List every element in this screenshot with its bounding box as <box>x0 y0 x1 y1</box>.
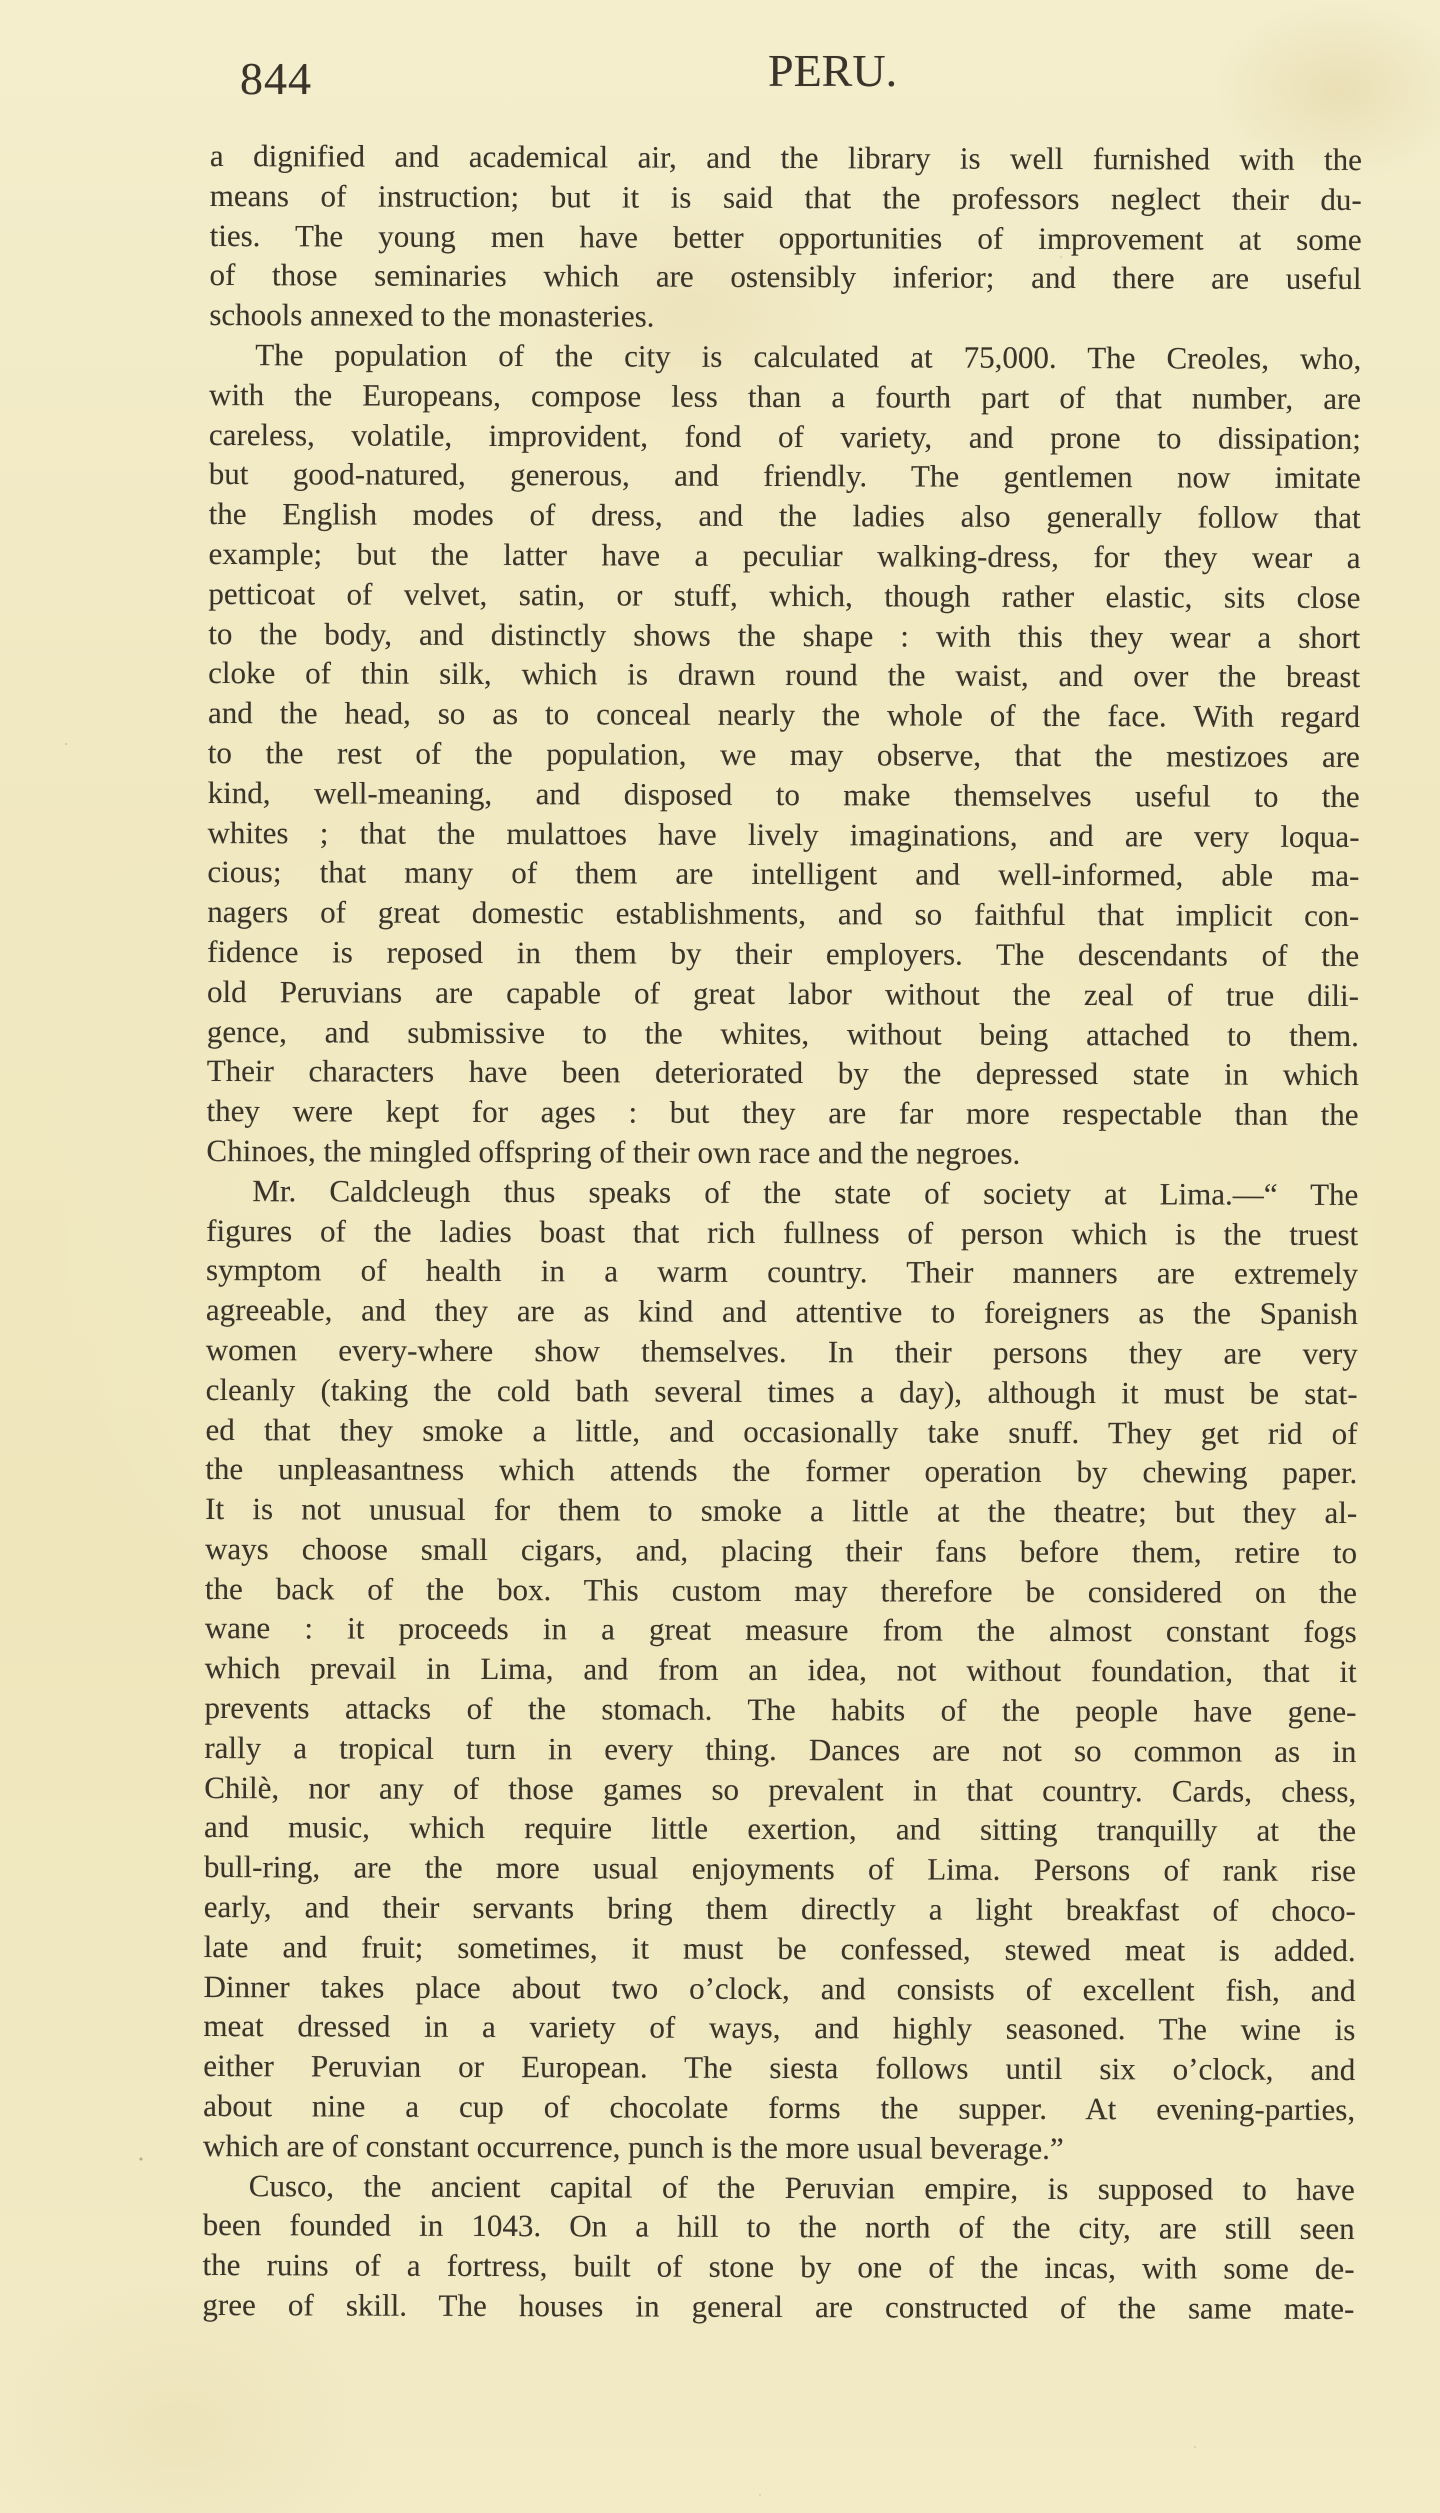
text-line: cleanly (taking the cold bath several ti… <box>206 1370 1358 1414</box>
text-line: symptom of health in a warm country. The… <box>206 1250 1358 1294</box>
text-line: the ruins of a fortress, built of stone … <box>202 2245 1354 2289</box>
text-line: gree of skill. The houses in general are… <box>202 2285 1354 2329</box>
text-line: ties. The young men have better opportun… <box>210 216 1362 260</box>
text-line: fidence is reposed in them by their empl… <box>207 932 1359 976</box>
text-line: rally a tropical turn in every thing. Da… <box>204 1728 1356 1772</box>
text-line: prevents attacks of the stomach. The hab… <box>204 1688 1356 1732</box>
text-line: The population of the city is calculated… <box>209 335 1361 379</box>
text-line: Their characters have been deteriorated … <box>207 1051 1359 1095</box>
text-line: figures of the ladies boast that rich fu… <box>206 1211 1358 1255</box>
text-line: of those seminaries which are ostensibly… <box>209 255 1361 299</box>
text-line: means of instruction; but it is said tha… <box>210 176 1362 220</box>
text-line: been founded in 1043. On a hill to the n… <box>203 2205 1355 2249</box>
text-line: with the Europeans, compose less than a … <box>209 375 1361 419</box>
text-line: nagers of great domestic establishments,… <box>207 892 1359 936</box>
text-line: to the rest of the population, we may ob… <box>208 733 1360 777</box>
text-line: cloke of thin silk, which is drawn round… <box>208 653 1360 697</box>
text-line: the unpleasantness which attends the for… <box>205 1449 1357 1493</box>
text-line: the back of the box. This custom may the… <box>205 1569 1357 1613</box>
text-line: either Peruvian or European. The siesta … <box>203 2046 1355 2090</box>
text-line: about nine a cup of chocolate forms the … <box>203 2086 1355 2130</box>
text-line: Cusco, the ancient capital of the Peruvi… <box>203 2166 1355 2210</box>
text-line: petticoat of velvet, satin, or stuff, wh… <box>208 574 1360 618</box>
text-line: old Peruvians are capable of great labor… <box>207 972 1359 1016</box>
text-line: which prevail in Lima, and from an idea,… <box>205 1648 1357 1692</box>
text-line: to the body, and distinctly shows the sh… <box>208 614 1360 658</box>
text-line: early, and their servants bring them dir… <box>204 1887 1356 1931</box>
text-line: gence, and submissive to the whites, wit… <box>207 1012 1359 1056</box>
text-line: cious; that many of them are intelligent… <box>207 852 1359 896</box>
text-line: but good-natured, generous, and friendly… <box>209 454 1361 498</box>
text-line: and music, which require little exertion… <box>204 1807 1356 1851</box>
text-line: Mr. Caldcleugh thus speaks of the state … <box>206 1171 1358 1215</box>
text-line: agreeable, and they are as kind and atte… <box>206 1290 1358 1334</box>
text-line: whites ; that the mulattoes have lively … <box>207 813 1359 857</box>
text-line: kind, well-meaning, and disposed to make… <box>208 773 1360 817</box>
text-line: It is not unusual for them to smoke a li… <box>205 1489 1357 1533</box>
text-line: a dignified and academical air, and the … <box>210 136 1362 180</box>
text-line: they were kept for ages : but they are f… <box>207 1091 1359 1135</box>
text-line: late and fruit; sometimes, it must be co… <box>204 1927 1356 1971</box>
text-line: Chilè, nor any of those games so prevale… <box>204 1768 1356 1812</box>
text-line: bull-ring, are the more usual enjoyments… <box>204 1847 1356 1891</box>
text-line: careless, volatile, improvident, fond of… <box>209 415 1361 459</box>
text-line: example; but the latter have a peculiar … <box>208 534 1360 578</box>
text-line: schools annexed to the monasteries. <box>209 295 1361 339</box>
page-text-block: a dignified and academical air, and the … <box>202 136 1362 2329</box>
text-line: Chinoes, the mingled offspring of their … <box>206 1131 1358 1175</box>
page-title: PERU. <box>768 48 897 94</box>
text-line: ed that they smoke a little, and occasio… <box>205 1409 1357 1453</box>
text-line: meat dressed in a variety of ways, and h… <box>203 2006 1355 2050</box>
text-line: the English modes of dress, and the ladi… <box>209 494 1361 538</box>
text-line: which are of constant occurrence, punch … <box>203 2126 1355 2170</box>
text-line: wane : it proceeds in a great measure fr… <box>205 1608 1357 1652</box>
text-line: women every-where show themselves. In th… <box>206 1330 1358 1374</box>
page-number: 844 <box>240 56 312 102</box>
text-line: ways choose small cigars, and, placing t… <box>205 1529 1357 1573</box>
book-page-scan: 844 PERU. a dignified and academical air… <box>0 0 1440 2513</box>
text-line: Dinner takes place about two o’clock, an… <box>203 1967 1355 2011</box>
text-line: and the head, so as to conceal nearly th… <box>208 693 1360 737</box>
